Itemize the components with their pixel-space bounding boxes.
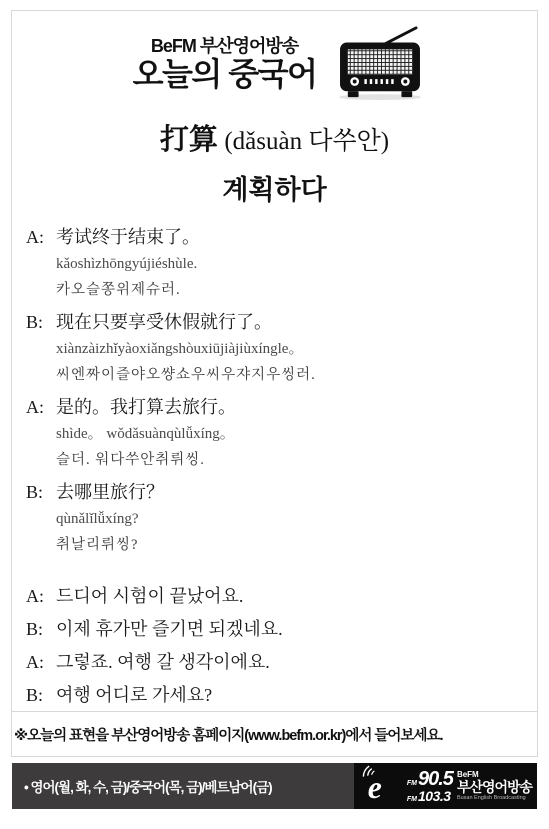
befm-e-icon: e: [359, 764, 403, 809]
dialogue-group: B: 现在只要享受休假就行了。 xiànzàizhǐyàoxiǎngshòuxi…: [26, 308, 523, 388]
korean-text: 드디어 시험이 끝났어요.: [56, 580, 243, 613]
speaker-label: B:: [26, 308, 56, 336]
radio-icon: [326, 23, 434, 101]
translation-line: A: 드디어 시험이 끝났어요.: [26, 580, 523, 613]
homepage-note-row: ※오늘의 표현을 부산영어방송 홈페이지(www.befm.or.kr)에서 들…: [12, 711, 537, 756]
chinese-text: 去哪里旅行？: [56, 478, 164, 506]
frequency-1: FM 90.5: [407, 769, 453, 789]
lesson-main: BeFM 부산영어방송 오늘의 중국어: [12, 11, 537, 711]
lesson-title-meaning: 계획하다: [12, 168, 537, 207]
frequency-value-2: 103.3: [418, 789, 451, 803]
svg-text:e: e: [368, 770, 382, 804]
translation-line: A: 그렇죠. 여행 갈 생각이에요.: [26, 646, 523, 679]
dialogue-section: A: 考试终于结束了。 kǎoshìzhōngyújiéshùle. 카오슬쫑위…: [12, 223, 537, 558]
fm-label: FM: [407, 796, 417, 803]
schedule-text: • 영어(월, 화, 수, 금)/중국어(목, 금)/베트남어(금): [24, 776, 272, 796]
pronunciation-line: 카오슬쫑위제슈러.: [56, 277, 523, 303]
station-name: BeFM 부산영어방송: [133, 32, 317, 58]
frequency-2: FM 103.3: [407, 789, 453, 803]
homepage-note: ※오늘의 표현을 부산영어방송 홈페이지(www.befm.or.kr)에서 들…: [14, 724, 443, 745]
speaker-label: A:: [26, 223, 56, 251]
pinyin-line: shìde。 wǒdǎsuànqùlǚxíng。: [56, 421, 523, 447]
lesson-title: 打算 (dǎsuàn 다쑤안): [12, 117, 537, 158]
befm-logo: e FM 90.5 FM 103.3 BeFM 부산영어방송 Busan Eng…: [354, 763, 537, 809]
lesson-title-reading: (dǎsuàn 다쑤안): [224, 128, 389, 155]
translation-line: B: 여행 어디로 가세요?: [26, 679, 523, 711]
speaker-label: A:: [26, 646, 56, 679]
program-title: 오늘의 중국어: [133, 58, 317, 92]
brand-name-korean: 부산영어방송: [457, 779, 532, 795]
korean-text: 여행 어디로 가세요?: [56, 679, 212, 711]
dialogue-group: B: 去哪里旅行？ qùnǎlǐlǚxíng? 취날리뤼씽?: [26, 478, 523, 558]
dialogue-group: A: 是的。我打算去旅行。 shìde。 wǒdǎsuànqùlǚxíng。 슬…: [26, 393, 523, 473]
fm-label: FM: [407, 780, 417, 787]
brand-name: BeFM: [457, 770, 532, 779]
dialogue-line: A: 是的。我打算去旅行。: [26, 393, 523, 421]
pinyin-line: xiànzàizhǐyàoxiǎngshòuxiūjiàjiùxíngle。: [56, 336, 523, 362]
speaker-label: A:: [26, 580, 56, 613]
dialogue-group: A: 考试终于结束了。 kǎoshìzhōngyújiéshùle. 카오슬쫑위…: [26, 223, 523, 303]
pinyin-line: qùnǎlǐlǚxíng?: [56, 506, 523, 532]
frequency-value-1: 90.5: [418, 769, 453, 789]
korean-text: 그렇죠. 여행 갈 생각이에요.: [56, 646, 270, 679]
lesson-title-hanzi: 打算: [160, 124, 218, 156]
speaker-label: B:: [26, 613, 56, 646]
frequency-block: FM 90.5 FM 103.3: [407, 769, 453, 803]
pronunciation-line: 슬더. 워다쑤안취뤼씽.: [56, 447, 523, 473]
dialogue-line: A: 考试终于结束了。: [26, 223, 523, 251]
schedule-row: • 영어(월, 화, 수, 금)/중국어(목, 금)/베트남어(금) e FM …: [12, 763, 537, 809]
pinyin-line: kǎoshìzhōngyújiéshùle.: [56, 251, 523, 277]
speaker-label: A:: [26, 393, 56, 421]
chinese-text: 现在只要享受休假就行了。: [56, 308, 272, 336]
dialogue-line: B: 现在只要享受休假就行了。: [26, 308, 523, 336]
brand-block: BeFM 부산영어방송 Busan English Broadcasting: [457, 770, 532, 802]
translation-line: B: 이제 휴가만 즐기면 되겠네요.: [26, 613, 523, 646]
lesson-card: BeFM 부산영어방송 오늘의 중국어: [11, 10, 538, 757]
speaker-label: B:: [26, 478, 56, 506]
translation-section: A: 드디어 시험이 끝났어요. B: 이제 휴가만 즐기면 되겠네요. A: …: [12, 580, 537, 711]
schedule-bar: • 영어(월, 화, 수, 금)/중국어(목, 금)/베트남어(금): [12, 763, 354, 809]
header: BeFM 부산영어방송 오늘의 중국어: [12, 23, 537, 101]
header-text: BeFM 부산영어방송 오늘의 중국어: [133, 32, 317, 92]
pronunciation-line: 씨엔짜이즐야오썅쇼우씨우쟈지우씽러.: [56, 362, 523, 388]
chinese-text: 是的。我打算去旅行。: [56, 393, 236, 421]
korean-text: 이제 휴가만 즐기면 되겠네요.: [56, 613, 283, 646]
chinese-text: 考试终于结束了。: [56, 223, 200, 251]
pronunciation-line: 취날리뤼씽?: [56, 532, 523, 558]
dialogue-line: B: 去哪里旅行？: [26, 478, 523, 506]
brand-name-english: Busan English Broadcasting: [457, 795, 532, 801]
speaker-label: B:: [26, 679, 56, 711]
